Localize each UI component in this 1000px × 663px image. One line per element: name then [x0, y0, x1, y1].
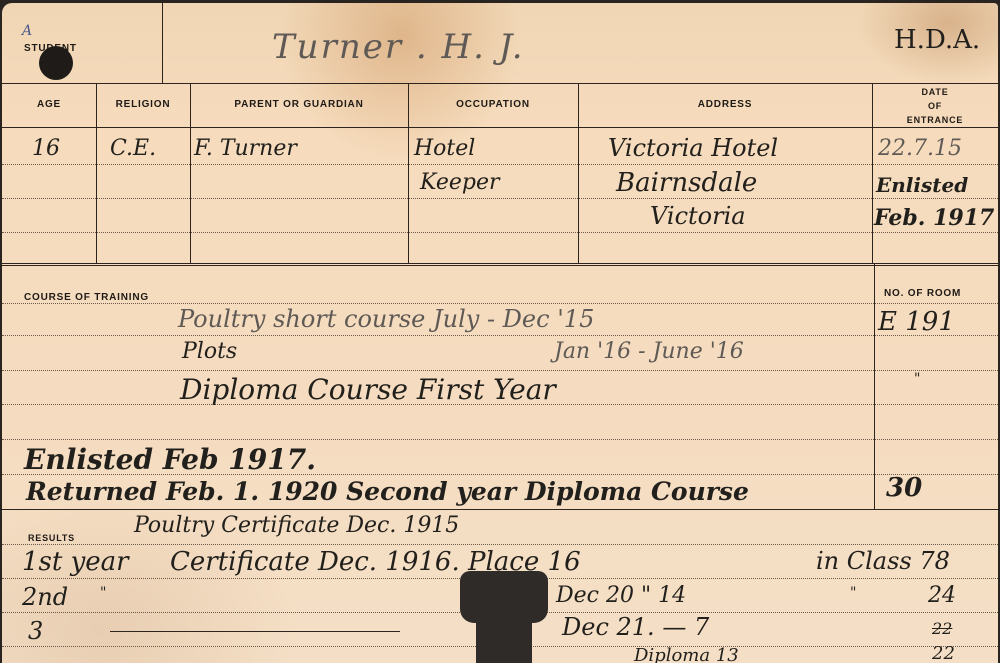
- religion-header: RELIGION: [96, 99, 190, 110]
- results-2nd-ditto: ": [100, 585, 106, 601]
- divider: [2, 127, 998, 128]
- corner-mark: A: [22, 23, 32, 39]
- age-header: AGE: [2, 99, 96, 110]
- results-2nd-year-text: Dec 20 " 14: [556, 583, 686, 608]
- student-label: STUDENT: [24, 43, 77, 54]
- card-code: H.D.A.: [894, 25, 980, 55]
- parent-value: F. Turner: [194, 136, 297, 161]
- occupation-line-2: Keeper: [420, 170, 500, 195]
- ruled-line: [2, 164, 998, 165]
- column-divider: [872, 83, 873, 263]
- entrance-note-2: Feb. 1917: [874, 205, 994, 231]
- ruled-line: [2, 232, 998, 233]
- header-line: DATE: [872, 85, 998, 99]
- room-value-3: 30: [886, 473, 922, 503]
- room-value-1: E 191: [878, 307, 955, 337]
- ruled-line: [2, 439, 998, 440]
- room-value-2: ": [914, 371, 920, 387]
- ruled-line: [2, 370, 998, 371]
- ruled-line: [2, 544, 998, 545]
- column-divider: [578, 83, 579, 263]
- blank-line-stroke: [110, 631, 400, 632]
- room-column-divider: [874, 263, 875, 509]
- results-line-0: Poultry Certificate Dec. 1915: [134, 513, 459, 538]
- parent-header: PARENT OR GUARDIAN: [190, 99, 408, 110]
- results-2nd-ditto-2: ": [850, 585, 856, 601]
- occupation-line-1: Hotel: [414, 136, 475, 161]
- divider: [162, 3, 163, 83]
- section-divider: [2, 509, 998, 510]
- occupation-header: OCCUPATION: [408, 99, 578, 110]
- results-label: RESULTS: [28, 533, 75, 543]
- results-2nd-year-prefix: 2nd: [22, 583, 68, 611]
- ruled-line: [2, 198, 998, 199]
- address-line-3: Victoria: [650, 202, 746, 230]
- header-line: ENTRANCE: [872, 113, 998, 127]
- filing-tab-notch-stem: [476, 611, 532, 663]
- entrance-date: 22.7.15: [878, 136, 962, 161]
- ruled-line: [2, 335, 998, 336]
- training-line-5: Enlisted Feb 1917.: [24, 443, 316, 476]
- results-3rd-year-class-struck: 22: [932, 619, 952, 638]
- column-divider: [408, 83, 409, 263]
- training-line-2: Plots: [182, 339, 237, 364]
- course-of-training-label: COURSE OF TRAINING: [24, 292, 149, 303]
- results-diploma-text: Diploma 13: [634, 645, 739, 663]
- date-of-entrance-header: DATE OF ENTRANCE: [872, 85, 998, 127]
- religion-value: C.E.: [110, 136, 156, 161]
- divider: [2, 83, 998, 84]
- student-name: Turner . H. J.: [272, 27, 525, 67]
- header-line: OF: [872, 99, 998, 113]
- room-number-label: No. OF ROOM: [884, 288, 961, 299]
- age-value: 16: [32, 136, 60, 161]
- address-header: ADDRESS: [578, 99, 872, 110]
- results-diploma-class: 22: [932, 643, 955, 663]
- results-2nd-year-class: 24: [928, 583, 956, 608]
- address-line-1: Victoria Hotel: [608, 134, 778, 162]
- column-divider: [96, 83, 97, 263]
- section-divider: [2, 263, 998, 266]
- training-line-1: Poultry short course July - Dec '15: [178, 305, 594, 333]
- results-1st-year-prefix: 1st year: [22, 547, 129, 577]
- ruled-line: [2, 303, 998, 304]
- results-3rd-year-text: Dec 21. — 7: [562, 613, 709, 641]
- entrance-note-1: Enlisted: [876, 173, 968, 197]
- results-1st-year-class: in Class 78: [816, 547, 950, 575]
- results-3rd-year-prefix: 3: [28, 617, 43, 645]
- training-line-4: Diploma Course First Year: [180, 373, 556, 406]
- column-divider: [190, 83, 191, 263]
- training-line-3: Jan '16 - June '16: [554, 339, 744, 364]
- student-record-card: A STUDENT Turner . H. J. H.D.A. AGE RELI…: [2, 3, 998, 663]
- training-line-6: Returned Feb. 1. 1920 Second year Diplom…: [26, 477, 749, 506]
- address-line-2: Bairnsdale: [616, 168, 757, 198]
